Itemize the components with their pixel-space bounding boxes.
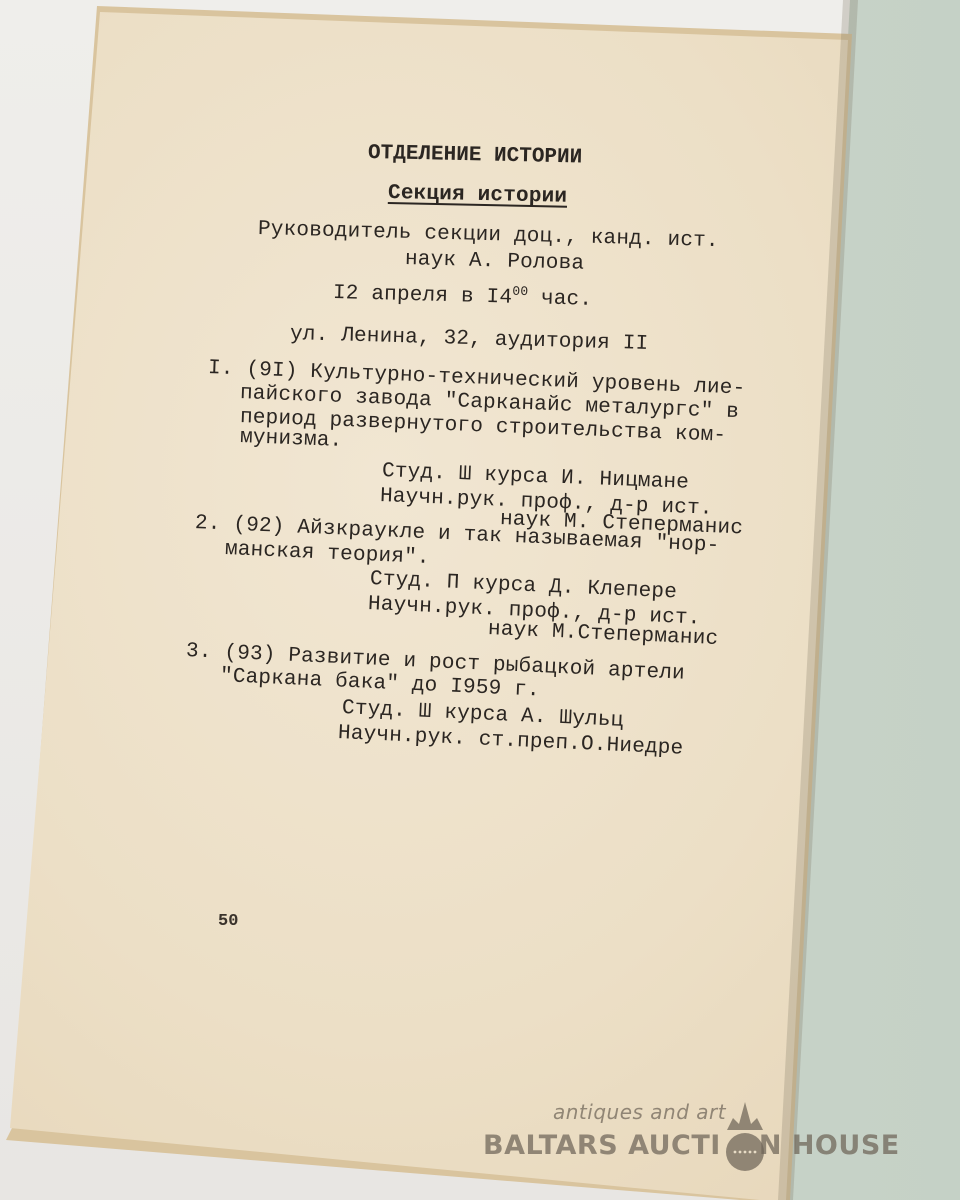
- report-1-title-line4: мунизма.: [240, 426, 343, 453]
- section-head-line1: Руководитель секции доц., канд. ист.: [258, 218, 719, 253]
- section-title: Секция истории: [388, 182, 568, 209]
- watermark-name: BALTARS AUCTIN HOUSE: [483, 1130, 900, 1161]
- page-text: ОТДЕЛЕНИЕ ИСТОРИИ Секция истории Руковод…: [0, 0, 960, 1200]
- watermark-tagline: antiques and art: [553, 1100, 726, 1124]
- section-head-line2: наук А. Ролова: [405, 248, 585, 276]
- session-address: ул. Ленина, 32, аудитория II: [290, 323, 649, 356]
- report-3-advisor: Научн.рук. ст.преп.О.Ниедре: [337, 722, 683, 761]
- page-number: 50: [218, 912, 238, 931]
- session-datetime: I2 апреля в I400 час.: [333, 279, 593, 312]
- department-title: ОТДЕЛЕНИЕ ИСТОРИИ: [368, 142, 583, 169]
- crown-orb-logo-icon: [725, 1100, 765, 1180]
